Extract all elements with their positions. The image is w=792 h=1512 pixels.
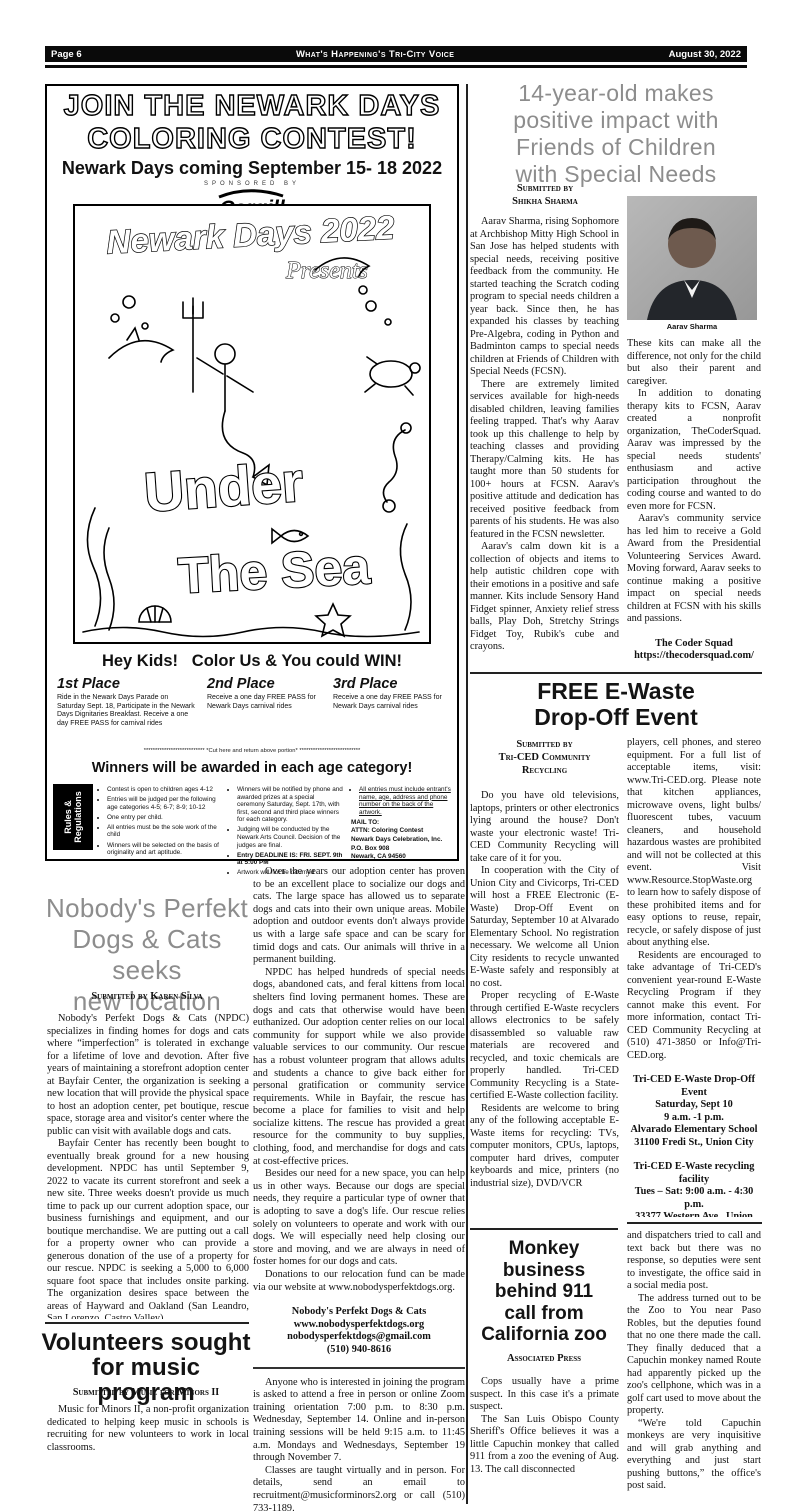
paragraph: Residents are welcome to bring any of th… bbox=[470, 1103, 619, 1191]
text-line: Newark, CA 94560 bbox=[351, 853, 453, 861]
paragraph: (510) 940-8616 bbox=[253, 1344, 465, 1357]
paragraph: NPDC has helped hundreds of special need… bbox=[253, 967, 465, 1169]
paragraph: https://thecodersquad.com/ bbox=[627, 650, 761, 663]
npdc-byline: Submitted by Karen Silva bbox=[42, 990, 252, 1003]
text-line: business bbox=[470, 1260, 618, 1282]
ewaste-top-rule bbox=[470, 672, 762, 674]
text-line: Newark Days Celebration, Inc. bbox=[351, 836, 453, 844]
list-item: Entries will be judged per the following… bbox=[107, 796, 221, 811]
paragraph: These kits can make all the difference, … bbox=[627, 338, 761, 388]
theme-word-the-sea: The Sea bbox=[177, 538, 373, 604]
theme-word-under: Under bbox=[142, 451, 305, 524]
cut-here-text: *Cut here and return above portion* bbox=[206, 748, 298, 754]
list-item: Judging will be conducted by the Newark … bbox=[237, 826, 343, 849]
paragraph: Bayfair Center has recently been bought … bbox=[47, 1138, 249, 1319]
list-item: All entries must be the sole work of the… bbox=[107, 824, 221, 839]
text-line: Nobody's Perfekt bbox=[42, 893, 252, 924]
paragraph: The Coder Squad bbox=[627, 638, 761, 651]
text-line: Dogs & Cats seeks bbox=[42, 924, 252, 986]
text-line: 14-year-old makes bbox=[470, 80, 762, 107]
text-line: Volunteers sought bbox=[40, 1330, 252, 1355]
monkey-byline: Associated Press bbox=[470, 1352, 618, 1365]
aarav-article-column-2: These kits can make all the difference, … bbox=[627, 338, 761, 672]
music-byline: Submitted by Music for Minors II bbox=[40, 1386, 252, 1399]
npdc-column-1: Nobody's Perfekt Dogs & Cats (NPDC) spec… bbox=[47, 1013, 249, 1319]
sponsored-by-label: SPONSORED BY bbox=[47, 181, 457, 187]
text-line: P.O. Box 908 bbox=[351, 845, 453, 853]
paragraph: In cooperation with the City of Union Ci… bbox=[470, 865, 619, 990]
header-rule bbox=[45, 65, 747, 68]
text-line: Shikha Sharma bbox=[470, 195, 620, 208]
ewaste-byline: Submitted byTri-CED CommunityRecycling bbox=[470, 738, 619, 777]
paragraph: Aarav's calm down kit is a collection of… bbox=[470, 541, 619, 654]
paragraph: Donations to our relocation fund can be … bbox=[253, 1269, 465, 1294]
list-item: Winners will be notified by phone and aw… bbox=[237, 786, 343, 824]
third-place-text: Receive a one day FREE PASS for Newark D… bbox=[333, 694, 451, 711]
list-item: All entries must include entrant's name,… bbox=[359, 786, 453, 816]
second-place-block: 2nd Place Receive a one day FREE PASS fo… bbox=[207, 676, 322, 711]
list-item: Entry DEADLINE IS: FRI. SEPT. 9th at 5:0… bbox=[237, 852, 343, 867]
first-place-heading: 1st Place bbox=[57, 676, 197, 692]
paragraph: nobodysperfektdogs@gmail.com bbox=[253, 1331, 465, 1344]
coloring-contest-ad: JOIN THE NEWARK DAYS COLORING CONTEST! N… bbox=[45, 84, 459, 861]
paragraph: Music for Minors II, a non-profit organi… bbox=[47, 1404, 249, 1454]
npdc-column-2: Over the years our adoption center has p… bbox=[253, 866, 465, 1357]
text-line: Monkey bbox=[470, 1238, 618, 1260]
rules-list-3: All entries must include entrant's name,… bbox=[351, 786, 453, 816]
paragraph: Anyone who is interested in joining the … bbox=[253, 1377, 465, 1465]
paragraph: Nobody's Perfekt Dogs & Cats bbox=[253, 1306, 465, 1319]
text-line: Submitted by bbox=[470, 182, 620, 195]
rules-list-1: Contest is open to children ages 4-12Ent… bbox=[99, 786, 221, 857]
paragraph: There are extremely limited services ava… bbox=[470, 379, 619, 542]
text-line: Drop-Off Event bbox=[470, 704, 762, 730]
under-the-sea-coloring-art: Newark Days 2022 Presents bbox=[75, 206, 428, 641]
rules-column-3: All entries must include entrant's name,… bbox=[351, 786, 453, 861]
ewaste-column-1: Do you have old televisions, laptops, pr… bbox=[470, 790, 619, 1222]
text-line: MAIL TO: bbox=[351, 819, 453, 827]
paragraph: Over the years our adoption center has p… bbox=[253, 866, 465, 967]
newspaper-page: Page 6 What's Happening's Tri-City Voice… bbox=[0, 0, 792, 1512]
paragraph: 33377 Western Ave., Union City bbox=[627, 1211, 761, 1217]
paragraph: The San Luis Obispo County Sheriff's Off… bbox=[470, 1414, 619, 1477]
paragraph: Saturday, Sept 10 bbox=[627, 1099, 761, 1112]
text-line: Recycling bbox=[470, 764, 619, 777]
monkey-top-rule bbox=[470, 1228, 618, 1230]
aarav-article-headline: 14-year-old makespositive impact withFri… bbox=[470, 80, 762, 188]
third-place-block: 3rd Place Receive a one day FREE PASS fo… bbox=[333, 676, 451, 711]
masthead-bar: Page 6 What's Happening's Tri-City Voice… bbox=[45, 46, 747, 62]
list-item: One entry per child. bbox=[107, 814, 221, 822]
cut-stars-right: *************************** bbox=[299, 748, 360, 754]
paragraph: Residents are encouraged to take advanta… bbox=[627, 950, 761, 1063]
ad-title-line2: COLORING CONTEST! bbox=[47, 123, 457, 156]
ad-subtitle: Newark Days coming September 15- 18 2022 bbox=[47, 158, 457, 179]
monkey-continuation-rule bbox=[627, 1222, 762, 1224]
text-line: California zoo bbox=[470, 1324, 618, 1346]
paragraph: Cops usually have a prime suspect. In th… bbox=[470, 1376, 619, 1414]
sand-line-art bbox=[83, 628, 419, 637]
ewaste-column-2: players, cell phones, and stereo equipme… bbox=[627, 737, 761, 1217]
paragraph: Aarav's community service has led him to… bbox=[627, 513, 761, 626]
ewaste-headline: FREE E-WasteDrop-Off Event bbox=[470, 678, 762, 730]
monkey-column-1: Cops usually have a prime suspect. In th… bbox=[470, 1376, 619, 1508]
list-item: Winners will be selected on the basis of… bbox=[107, 842, 221, 857]
masthead-title: What's Happening's Tri-City Voice bbox=[296, 49, 454, 60]
seahorse-art bbox=[383, 423, 411, 512]
paragraph: Classes are taught virtually and in pers… bbox=[253, 1465, 465, 1512]
monkey-headline: Monkeybusinessbehind 911call fromCalifor… bbox=[470, 1238, 618, 1346]
issue-date: August 30, 2022 bbox=[669, 49, 741, 60]
paragraph: www.nobodysperfektdogs.org bbox=[253, 1319, 465, 1332]
text-line: Tri-CED Community bbox=[470, 751, 619, 764]
rules-column-1: Contest is open to children ages 4-12Ent… bbox=[99, 786, 221, 859]
paragraph: 9 a.m. -1 p.m. bbox=[627, 1112, 761, 1125]
paragraph: Proper recycling of E-Waste through cert… bbox=[470, 990, 619, 1103]
rules-regulations-label: Rules & Regulations bbox=[53, 784, 93, 850]
cut-here-line: *************************** *Cut here an… bbox=[47, 748, 457, 754]
list-item: Contest is open to children ages 4-12 bbox=[107, 786, 221, 794]
text-line: Friends of Children bbox=[470, 134, 762, 161]
seashell-art bbox=[139, 606, 171, 622]
text-line: FREE E-Waste bbox=[470, 678, 762, 704]
paragraph: and dispatchers tried to call and text b… bbox=[627, 1230, 761, 1293]
hey-kids-line: Hey Kids! Color Us & You could WIN! bbox=[47, 652, 457, 671]
second-place-text: Receive a one day FREE PASS for Newark D… bbox=[207, 694, 322, 711]
rules-label-line1: Rules & bbox=[63, 791, 73, 843]
rules-list-2: Winners will be notified by phone and aw… bbox=[229, 786, 343, 877]
column-divider-vertical bbox=[466, 84, 468, 1504]
paragraph: Do you have old televisions, laptops, pr… bbox=[470, 790, 619, 865]
music-top-rule bbox=[45, 1322, 249, 1324]
aarav-article-column-1: Aarav Sharma, rising Sophomore at Archbi… bbox=[470, 216, 619, 672]
portrait-photo-placeholder bbox=[627, 196, 757, 320]
paragraph: Tri-CED E-Waste recycling facility bbox=[627, 1161, 761, 1186]
first-place-text: Ride in the Newark Days Parade on Saturd… bbox=[57, 694, 197, 728]
second-place-heading: 2nd Place bbox=[207, 676, 322, 692]
music-column-1: Music for Minors II, a non-profit organi… bbox=[47, 1404, 249, 1504]
aarav-sharma-photo bbox=[627, 196, 757, 320]
monkey-column-2: and dispatchers tried to call and text b… bbox=[627, 1230, 761, 1508]
middle-column: Over the years our adoption center has p… bbox=[253, 866, 465, 1510]
paragraph: Aarav Sharma, rising Sophomore at Archbi… bbox=[470, 216, 619, 379]
paragraph: Nobody's Perfekt Dogs & Cats (NPDC) spec… bbox=[47, 1013, 249, 1138]
paragraph: Tri-CED E-Waste Drop-Off Event bbox=[627, 1074, 761, 1099]
paragraph: Tues – Sat: 9:00 a.m. - 4:30 p.m. bbox=[627, 1186, 761, 1211]
middle-column-rule bbox=[253, 1367, 465, 1369]
text-line: call from bbox=[470, 1303, 618, 1325]
paragraph: 31100 Fredi St., Union City bbox=[627, 1137, 761, 1150]
rules-label-line2: Regulations bbox=[73, 791, 83, 843]
poster-title-text: Newark Days 2022 bbox=[106, 208, 396, 260]
paragraph: Besides our need for a new space, you ca… bbox=[253, 1168, 465, 1269]
ad-title-line1: JOIN THE NEWARK DAYS bbox=[47, 90, 457, 123]
music-continuation: Anyone who is interested in joining the … bbox=[253, 1377, 465, 1512]
winners-line: Winners will be awarded in each age cate… bbox=[47, 760, 457, 776]
text-line: behind 911 bbox=[470, 1281, 618, 1303]
text-line: ATTN: Coloring Contest bbox=[351, 827, 453, 835]
page-number: Page 6 bbox=[51, 49, 82, 60]
text-line: positive impact with bbox=[470, 107, 762, 134]
mail-to-block: MAIL TO:ATTN: Coloring ContestNewark Day… bbox=[351, 819, 453, 861]
bubbles-art bbox=[111, 286, 391, 329]
coloring-poster: Newark Days 2022 Presents bbox=[73, 204, 431, 644]
paragraph: “We're told Capuchin monkeys are very in… bbox=[627, 1418, 761, 1493]
text-line: Submitted by bbox=[470, 738, 619, 751]
aarav-photo-caption: Aarav Sharma bbox=[627, 322, 757, 331]
paragraph: players, cell phones, and stereo equipme… bbox=[627, 737, 761, 950]
first-place-block: 1st Place Ride in the Newark Days Parade… bbox=[57, 676, 197, 728]
third-place-heading: 3rd Place bbox=[333, 676, 451, 692]
paragraph: Alvarado Elementary School bbox=[627, 1124, 761, 1137]
sea-turtle-art bbox=[365, 357, 420, 395]
aarav-byline: Submitted byShikha Sharma bbox=[470, 182, 620, 208]
paragraph: The address turned out to be the Zoo to … bbox=[627, 1293, 761, 1418]
paragraph: In addition to donating therapy kits to … bbox=[627, 388, 761, 513]
cut-stars-left: *************************** bbox=[144, 748, 205, 754]
